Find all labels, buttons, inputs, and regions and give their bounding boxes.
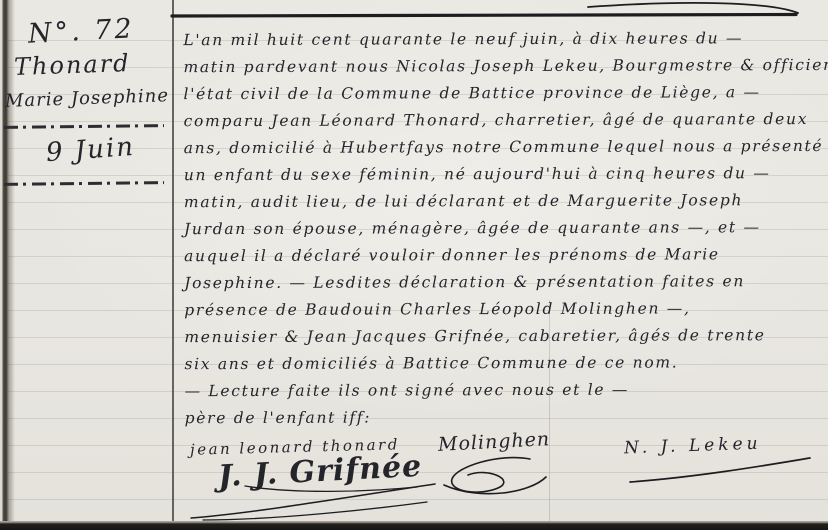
act-line: L'an mil huit cent quarante le neuf juin… [183, 25, 828, 54]
entry-separator-stroke [168, 0, 828, 26]
act-line: matin pardevant nous Nicolas Joseph Leke… [183, 52, 828, 81]
margin-divider [4, 124, 164, 129]
act-line: un enfant du sexe féminin, né aujourd'hu… [184, 160, 828, 189]
act-line: menuisier & Jean Jacques Grifnée, cabare… [184, 322, 828, 351]
entry-number: N°. 72 [27, 13, 135, 50]
entry-surname: Thonard [14, 49, 131, 81]
act-line: comparu Jean Léonard Thonard, charretier… [184, 106, 828, 135]
act-line: matin, audit lieu, de lui déclarant et d… [184, 187, 828, 216]
margin-divider [4, 181, 164, 186]
molinghen-paraph-flourish [438, 455, 553, 503]
act-line: l'état civil de la Commune de Battice pr… [183, 79, 828, 108]
act-line: — Lecture faite ils ont signé avec nous … [185, 376, 828, 405]
act-line: ans, domicilié à Hubertfays notre Commun… [184, 133, 828, 162]
register-page-scan: N°. 72 Thonard Marie Josephine 9 Juin L'… [0, 0, 828, 530]
entry-date: 9 Juin [45, 132, 136, 168]
act-line: Josephine. — Lesdites déclaration & prés… [184, 268, 828, 297]
act-line: six ans et domiciliés à Battice Commune … [184, 349, 828, 378]
page-binding-edge [0, 0, 15, 530]
act-line: auquel il a déclaré vouloir donner les p… [184, 241, 828, 270]
act-line: père de l'enfant iff: [185, 403, 828, 432]
scan-edge-bottom [0, 521, 828, 530]
act-text: L'an mil huit cent quarante le neuf juin… [183, 25, 828, 432]
margin-rule-line [172, 0, 174, 521]
lekeu-underline-flourish [618, 452, 818, 487]
signature-witness-molinghen: Molinghen [438, 428, 551, 456]
grifnee-underline-flourish [185, 478, 445, 523]
act-line: présence de Baudouin Charles Léopold Mol… [184, 295, 828, 324]
entry-given-names: Marie Josephine [5, 85, 170, 112]
act-line: Jurdan son épouse, ménagère, âgée de qua… [184, 214, 828, 243]
